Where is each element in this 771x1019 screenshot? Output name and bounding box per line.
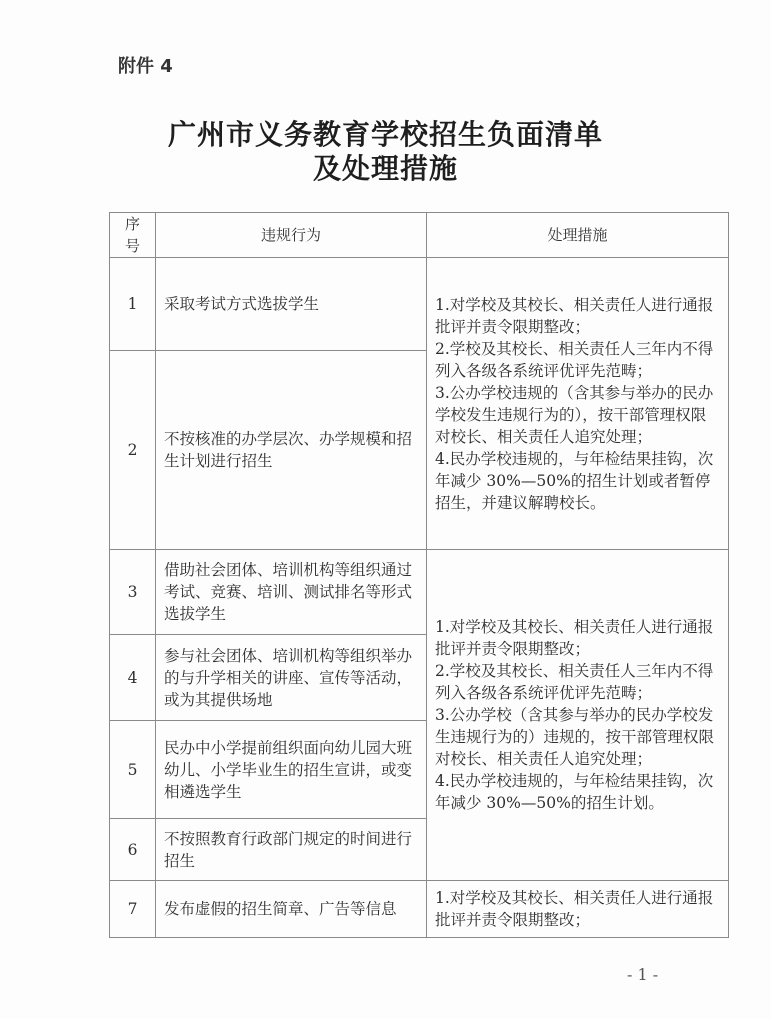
row-number: 2 — [110, 351, 156, 550]
row-number: 7 — [110, 881, 156, 938]
table-row: 7 发布虚假的招生简章、广告等信息 1.对学校及其校长、相关责任人进行通报批评并… — [110, 881, 729, 938]
measure-item: 4.民办学校违规的，与年检结果挂钩，次年减少 30%—50%的招生计划。 — [435, 770, 720, 814]
measures-list: 1.对学校及其校长、相关责任人进行通报批评并责令限期整改； — [427, 887, 728, 931]
measures-list: 1.对学校及其校长、相关责任人进行通报批评并责令限期整改； 2.学校及其校长、相… — [427, 294, 728, 514]
header-seq-line2: 号 — [110, 235, 155, 257]
table-header-row: 序 号 违规行为 处理措施 — [110, 213, 729, 258]
measure-item: 3.公办学校违规的（含其参与举办的民办学校发生违规行为的），按干部管理权限对校长… — [435, 382, 720, 448]
negative-list-table: 序 号 违规行为 处理措施 1 采取考试方式选拔学生 1.对学校及其校长、相关责… — [109, 212, 729, 938]
violation-text: 参与社会团体、培训机构等组织举办的与升学相关的讲座、宣传等活动，或为其提供场地 — [156, 645, 426, 711]
row-number: 1 — [110, 258, 156, 351]
page-number: - 1 - — [627, 965, 658, 984]
violation-text: 借助社会团体、培训机构等组织通过考试、竞赛、培训、测试排名等形式选拔学生 — [156, 559, 426, 625]
violation-cell: 采取考试方式选拔学生 — [156, 258, 427, 351]
violation-cell: 借助社会团体、培训机构等组织通过考试、竞赛、培训、测试排名等形式选拔学生 — [156, 550, 427, 635]
attachment-label: 附件 4 — [118, 52, 173, 78]
measure-item: 2.学校及其校长、相关责任人三年内不得列入各级各系统评优评先范畴； — [435, 660, 720, 704]
measure-item: 1.对学校及其校长、相关责任人进行通报批评并责令限期整改； — [435, 294, 720, 338]
violation-text: 采取考试方式选拔学生 — [156, 293, 426, 315]
table-row: 3 借助社会团体、培训机构等组织通过考试、竞赛、培训、测试排名等形式选拔学生 1… — [110, 550, 729, 635]
header-seq: 序 号 — [110, 213, 156, 258]
measure-item: 1.对学校及其校长、相关责任人进行通报批评并责令限期整改； — [435, 887, 720, 931]
table-row: 1 采取考试方式选拔学生 1.对学校及其校长、相关责任人进行通报批评并责令限期整… — [110, 258, 729, 351]
measures-cell: 1.对学校及其校长、相关责任人进行通报批评并责令限期整改； 2.学校及其校长、相… — [427, 258, 729, 550]
violation-text: 民办中小学提前组织面向幼儿园大班幼儿、小学毕业生的招生宣讲，或变相遴选学生 — [156, 737, 426, 803]
header-violation: 违规行为 — [156, 213, 427, 258]
measures-cell: 1.对学校及其校长、相关责任人进行通报批评并责令限期整改； 2.学校及其校长、相… — [427, 550, 729, 881]
measures-cell: 1.对学校及其校长、相关责任人进行通报批评并责令限期整改； — [427, 881, 729, 938]
measure-item: 1.对学校及其校长、相关责任人进行通报批评并责令限期整改； — [435, 616, 720, 660]
violation-cell: 参与社会团体、培训机构等组织举办的与升学相关的讲座、宣传等活动，或为其提供场地 — [156, 635, 427, 721]
header-measures: 处理措施 — [427, 213, 729, 258]
violation-cell: 不按照教育行政部门规定的时间进行招生 — [156, 819, 427, 881]
violation-cell: 发布虚假的招生简章、广告等信息 — [156, 881, 427, 938]
row-number: 4 — [110, 635, 156, 721]
row-number: 3 — [110, 550, 156, 635]
header-seq-line1: 序 — [110, 213, 155, 235]
violation-cell: 不按核准的办学层次、办学规模和招生计划进行招生 — [156, 351, 427, 550]
violation-text: 不按照教育行政部门规定的时间进行招生 — [156, 828, 426, 872]
row-number: 5 — [110, 721, 156, 819]
row-number: 6 — [110, 819, 156, 881]
measure-item: 3.公办学校（含其参与举办的民办学校发生违规行为的）违规的，按干部管理权限对校长… — [435, 704, 720, 770]
document-title-line2: 及处理措施 — [0, 147, 771, 187]
measures-list: 1.对学校及其校长、相关责任人进行通报批评并责令限期整改； 2.学校及其校长、相… — [427, 616, 728, 814]
violation-text: 不按核准的办学层次、办学规模和招生计划进行招生 — [156, 428, 426, 472]
measure-item: 2.学校及其校长、相关责任人三年内不得列入各级各系统评优评先范畴； — [435, 338, 720, 382]
measure-item: 4.民办学校违规的，与年检结果挂钩，次年减少 30%—50%的招生计划或者暂停招… — [435, 448, 720, 514]
violation-cell: 民办中小学提前组织面向幼儿园大班幼儿、小学毕业生的招生宣讲，或变相遴选学生 — [156, 721, 427, 819]
violation-text: 发布虚假的招生简章、广告等信息 — [156, 898, 426, 920]
